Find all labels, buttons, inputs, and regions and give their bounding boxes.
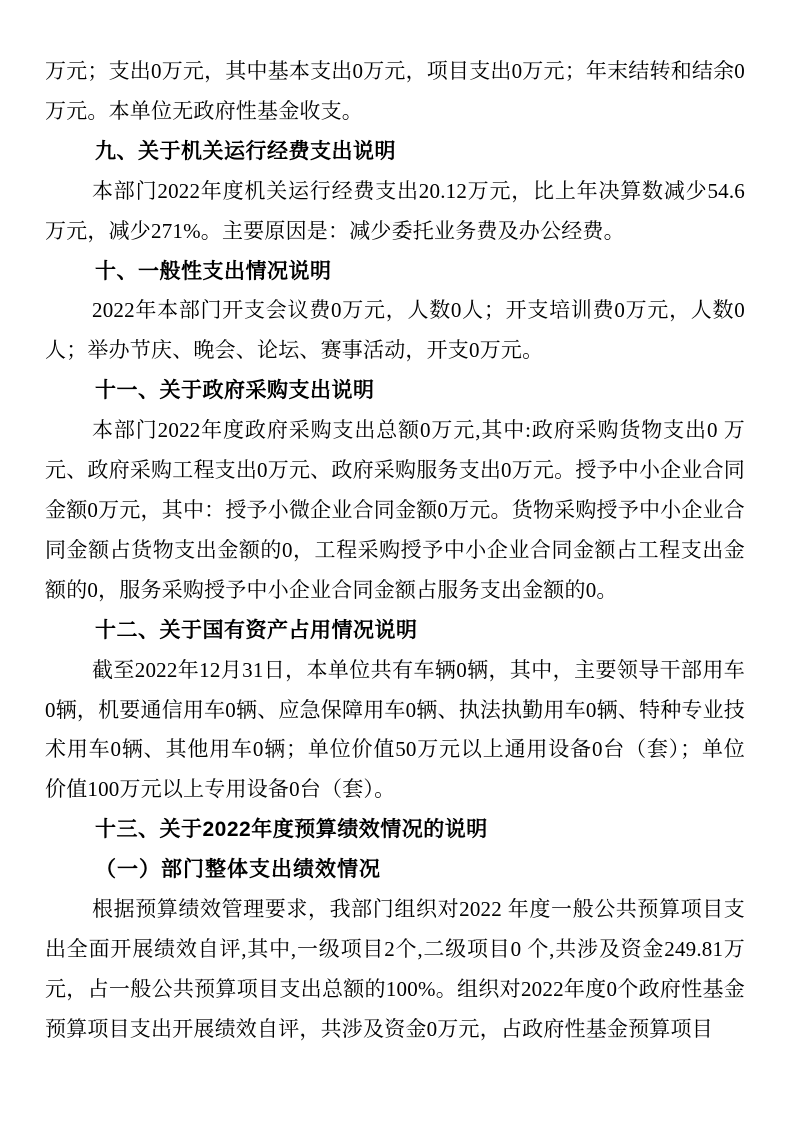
paragraph-general-expenditure: 2022年本部门开支会议费0万元，人数0人；开支培训费0万元，人数0人；举办节庆… xyxy=(45,291,745,371)
subsection-heading-1-overall-performance: （一）部门整体支出绩效情况 xyxy=(45,850,745,890)
paragraph-state-assets: 截至2022年12月31日，本单位共有车辆0辆，其中，主要领导干部用车0辆，机要… xyxy=(45,651,745,811)
section-heading-9-operating-expenses: 九、关于机关运行经费支出说明 xyxy=(45,132,745,172)
section-heading-10-general-expenditure: 十、一般性支出情况说明 xyxy=(45,252,745,292)
section-heading-12-state-assets: 十二、关于国有资产占用情况说明 xyxy=(45,611,745,651)
document-text-block: 万元；支出0万元，其中基本支出0万元，项目支出0万元；年末结转和结余0万元。本单… xyxy=(45,52,745,1054)
paragraph-procurement: 本部门2022年度政府采购支出总额0万元,其中:政府采购货物支出0 万元、政府采… xyxy=(45,411,745,611)
paragraph-performance-self-evaluation: 根据预算绩效管理要求，我部门组织对2022 年度一般公共预算项目支出全面开展绩效… xyxy=(45,890,745,1050)
document-page: 万元；支出0万元，其中基本支出0万元，项目支出0万元；年末结转和结余0万元。本单… xyxy=(0,0,793,1122)
paragraph-operating-expenses: 本部门2022年度机关运行经费支出20.12万元，比上年决算数减少54.6万元，… xyxy=(45,172,745,252)
section-heading-13-budget-performance: 十三、关于2022年度预算绩效情况的说明 xyxy=(45,810,745,850)
paragraph-gov-fund-continuation: 万元；支出0万元，其中基本支出0万元，项目支出0万元；年末结转和结余0万元。本单… xyxy=(45,52,745,132)
section-heading-11-procurement: 十一、关于政府采购支出说明 xyxy=(45,371,745,411)
